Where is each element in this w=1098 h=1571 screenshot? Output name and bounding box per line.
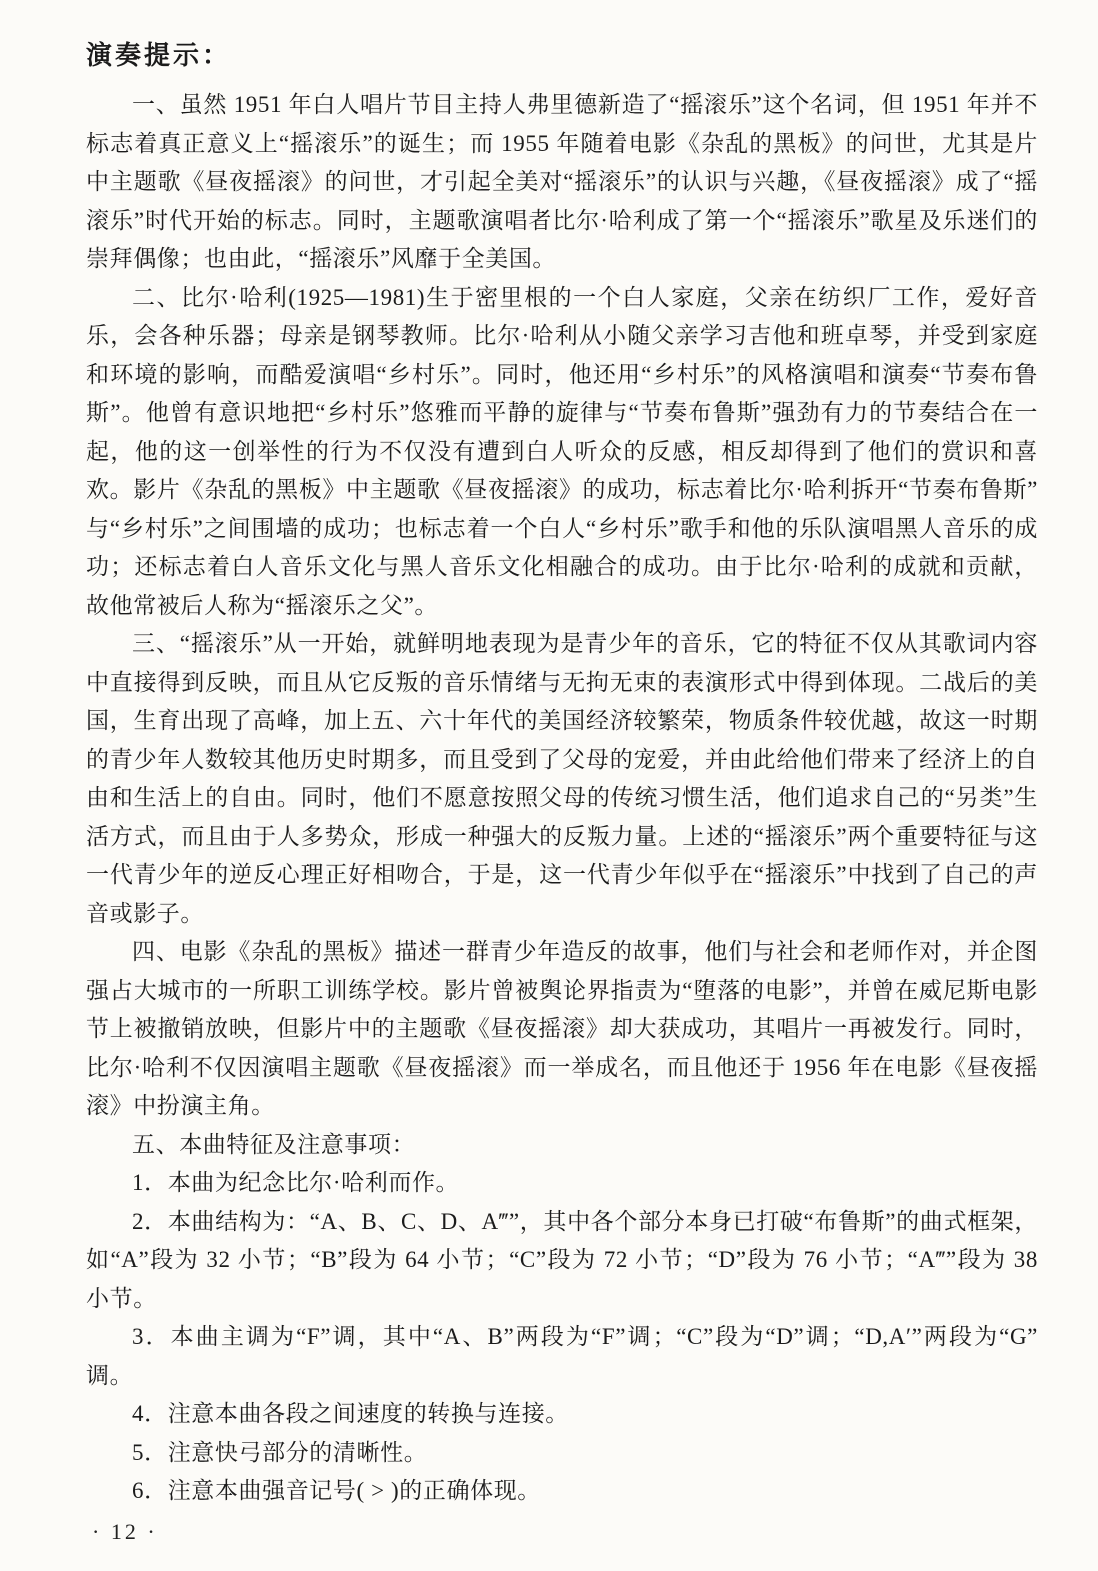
list-item-6: 6．注意本曲强音记号( > )的正确体现。 <box>86 1472 1038 1511</box>
document-page: 演奏提示： 一、虽然 1951 年白人唱片节目主持人弗里德新造了“摇滚乐”这个名… <box>0 0 1098 1571</box>
page-number: · 12 · <box>92 1519 158 1545</box>
paragraph-5-list-header: 五、本曲特征及注意事项： <box>86 1126 1038 1165</box>
paragraph-1: 一、虽然 1951 年白人唱片节目主持人弗里德新造了“摇滚乐”这个名词，但 19… <box>86 86 1038 279</box>
paragraph-3: 三、“摇滚乐”从一开始，就鲜明地表现为是青少年的音乐，它的特征不仅从其歌词内容中… <box>86 625 1038 933</box>
paragraph-4: 四、电影《杂乱的黑板》描述一群青少年造反的故事，他们与社会和老师作对，并企图强占… <box>86 933 1038 1126</box>
list-item-2: 2．本曲结构为：“A、B、C、D、A‴”，其中各个部分本身已打破“布鲁斯”的曲式… <box>86 1203 1038 1319</box>
list-item-5: 5．注意快弓部分的清晰性。 <box>86 1434 1038 1473</box>
list-item-3: 3．本曲主调为“F”调，其中“A、B”两段为“F”调；“C”段为“D”调；“D,… <box>86 1318 1038 1395</box>
paragraph-2: 二、比尔·哈利(1925—1981)生于密里根的一个白人家庭，父亲在纺织厂工作，… <box>86 279 1038 626</box>
list-item-1: 1．本曲为纪念比尔·哈利而作。 <box>86 1164 1038 1203</box>
list-item-4: 4．注意本曲各段之间速度的转换与连接。 <box>86 1395 1038 1434</box>
section-heading: 演奏提示： <box>86 36 1038 76</box>
